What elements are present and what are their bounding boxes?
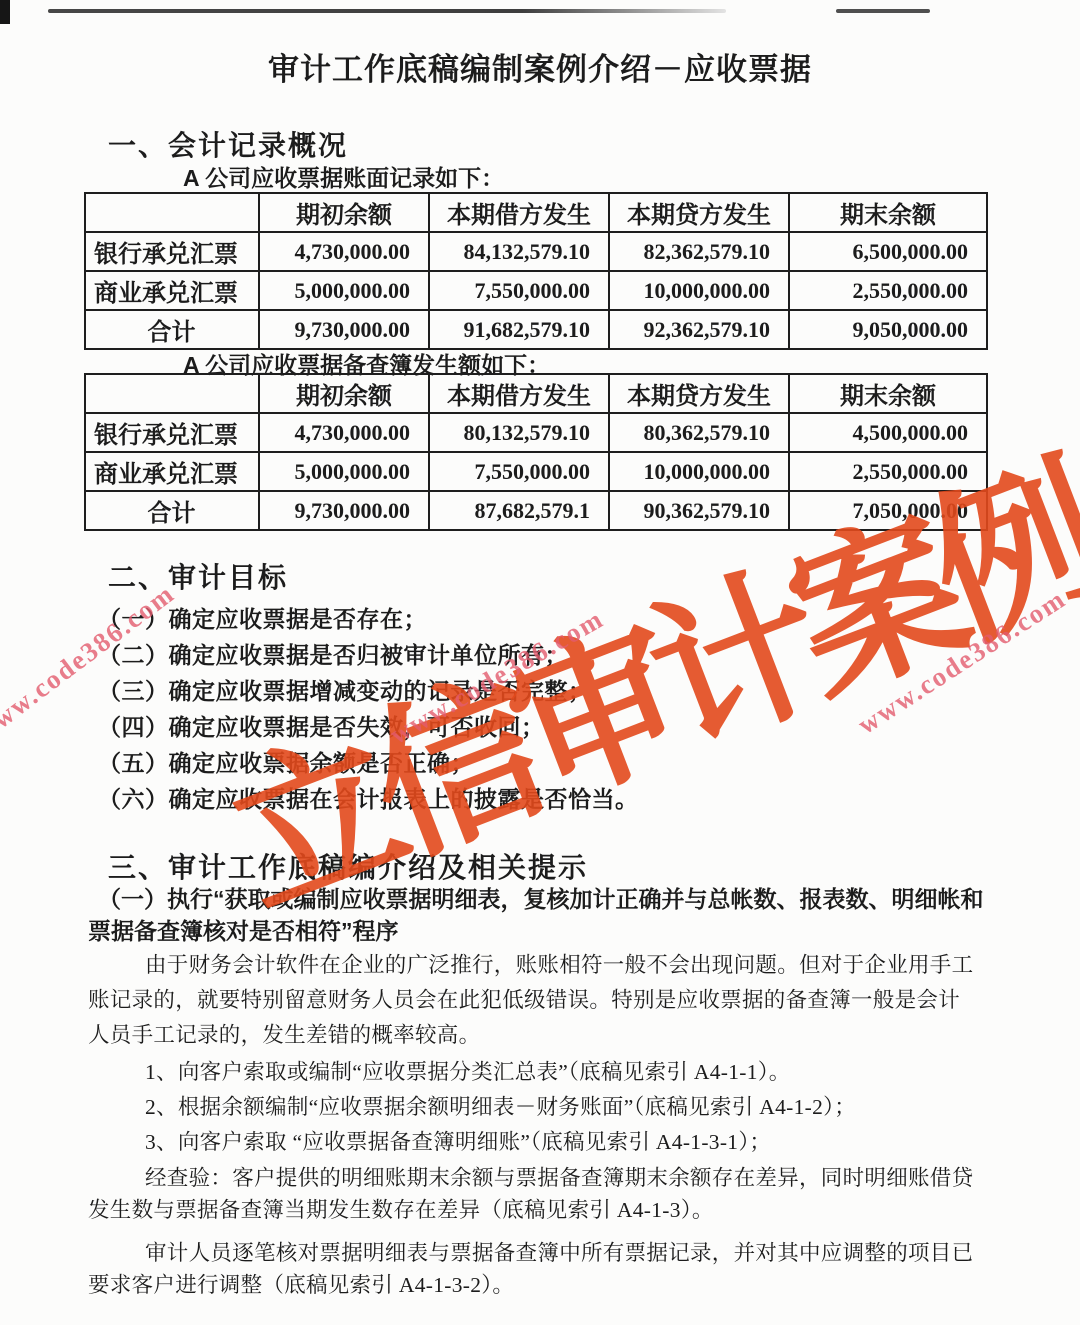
table-row: 商业承兑汇票 5,000,000.00 7,550,000.00 10,000,… [85,271,987,310]
cell-value: 10,000,000.00 [609,271,789,310]
paragraph1-line1: 由于财务会计软件在企业的广泛推行，账账相符一般不会出现问题。但对于企业用手工 [145,948,973,979]
table-total-row: 合计 9,730,000.00 91,682,579.10 92,362,579… [85,310,987,349]
cell-value: 5,000,000.00 [259,452,429,491]
audit-objective-3: （三）确定应收票据增减变动的记录是否完整； [98,673,592,706]
cell-value: 91,682,579.10 [429,310,609,349]
cell-value: 9,730,000.00 [259,310,429,349]
audit-objective-2: （二）确定应收票据是否归被审计单位所有； [98,637,568,670]
col-blank [85,374,259,413]
cell-value: 80,362,579.10 [609,413,789,452]
page-title: 审计工作底稿编制案例介绍－应收票据 [0,44,1080,89]
cell-value: 80,132,579.10 [429,413,609,452]
cell-value: 6,500,000.00 [789,232,987,271]
cell-value: 9,050,000.00 [789,310,987,349]
scan-line-short [836,9,930,13]
col-debit: 本期借方发生 [429,374,609,413]
section1-heading: 一、会计记录概况 [108,124,348,164]
paragraph1-line2: 账记录的，就要特别留意财务人员会在此犯低级错误。特别是应收票据的备查簿一般是会计 [88,983,960,1014]
book-record-table: 期初余额 本期借方发生 本期贷方发生 期末余额 银行承兑汇票 4,730,000… [84,192,988,350]
col-closing-balance: 期末余额 [789,374,987,413]
table-row: 商业承兑汇票 5,000,000.00 7,550,000.00 10,000,… [85,452,987,491]
cell-value: 4,730,000.00 [259,232,429,271]
audit-objective-5: （五）确定应收票据余额是否正确； [98,745,474,778]
col-closing-balance: 期末余额 [789,193,987,232]
audit-objective-4: （四）确定应收票据是否失效，可否收回； [98,709,545,742]
cell-value: 7,550,000.00 [429,271,609,310]
step-item-3: 3、向客户索取 “应收票据备查簿明细账”（底稿见索引 A4-1-3-1）； [145,1125,771,1156]
cell-value: 2,550,000.00 [789,271,987,310]
cell-value: 10,000,000.00 [609,452,789,491]
scan-corner-mark [0,0,10,24]
row-label-total: 合计 [85,310,259,349]
col-opening-balance: 期初余额 [259,374,429,413]
table-row: 银行承兑汇票 4,730,000.00 84,132,579.10 82,362… [85,232,987,271]
cell-value: 5,000,000.00 [259,271,429,310]
paragraph3-line1: 审计人员逐笔核对票据明细表与票据备查簿中所有票据记录，并对其中应调整的项目已 [145,1236,973,1267]
col-debit: 本期借方发生 [429,193,609,232]
paragraph1-line3: 人员手工记录的，发生差错的概率较高。 [88,1018,480,1049]
procedure-title-line1: （一）执行“获取或编制应收票据明细表，复核加计正确并与总帐数、报表数、明细帐和 [98,881,984,914]
cell-value: 9,730,000.00 [259,491,429,530]
col-credit: 本期贷方发生 [609,374,789,413]
table1-caption: A 公司应收票据账面记录如下： [183,160,504,193]
row-label: 商业承兑汇票 [85,271,259,310]
col-blank [85,193,259,232]
document-page: 审计工作底稿编制案例介绍－应收票据 一、会计记录概况 A 公司应收票据账面记录如… [0,0,1080,1325]
cell-value: 7,550,000.00 [429,452,609,491]
paragraph3-line2: 要求客户进行调整（底稿见索引 A4-1-3-2）。 [88,1268,514,1299]
audit-objective-6: （六）确定应收票据在会计报表上的披露是否恰当。 [98,781,639,814]
paragraph2-line1: 经查验：客户提供的明细账期末余额与票据备查簿期末余额存在差异，同时明细账借贷 [145,1161,973,1192]
scan-line-long [48,9,726,13]
table-total-row: 合计 9,730,000.00 87,682,579.1 90,362,579.… [85,491,987,530]
col-opening-balance: 期初余额 [259,193,429,232]
col-credit: 本期贷方发生 [609,193,789,232]
cell-value: 2,550,000.00 [789,452,987,491]
cell-value: 84,132,579.10 [429,232,609,271]
table-header-row: 期初余额 本期借方发生 本期贷方发生 期末余额 [85,374,987,413]
cell-value: 87,682,579.1 [429,491,609,530]
step-item-1: 1、向客户索取或编制“应收票据分类汇总表”（底稿见索引 A4-1-1）。 [145,1055,791,1086]
row-label-total: 合计 [85,491,259,530]
paragraph2-line2: 发生数与票据备查簿当期发生数存在差异（底稿见索引 A4-1-3）。 [88,1193,714,1224]
url-watermark-right: www.code386.com [852,583,1071,741]
step-item-2: 2、根据余额编制“应收票据余额明细表－财务账面”（底稿见索引 A4-1-2）； [145,1090,856,1121]
section2-heading: 二、审计目标 [108,556,288,596]
cell-value: 92,362,579.10 [609,310,789,349]
table-row: 银行承兑汇票 4,730,000.00 80,132,579.10 80,362… [85,413,987,452]
cell-value: 4,730,000.00 [259,413,429,452]
cell-value: 7,050,000.00 [789,491,987,530]
row-label: 银行承兑汇票 [85,232,259,271]
cell-value: 90,362,579.10 [609,491,789,530]
cell-value: 4,500,000.00 [789,413,987,452]
procedure-title-line2: 票据备查簿核对是否相符”程序 [88,913,399,946]
table-header-row: 期初余额 本期借方发生 本期贷方发生 期末余额 [85,193,987,232]
section3-heading: 三、审计工作底稿编介绍及相关提示 [108,846,588,886]
cell-value: 82,362,579.10 [609,232,789,271]
memo-register-table: 期初余额 本期借方发生 本期贷方发生 期末余额 银行承兑汇票 4,730,000… [84,373,988,531]
audit-objective-1: （一）确定应收票据是否存在； [98,601,427,634]
row-label: 商业承兑汇票 [85,452,259,491]
row-label: 银行承兑汇票 [85,413,259,452]
